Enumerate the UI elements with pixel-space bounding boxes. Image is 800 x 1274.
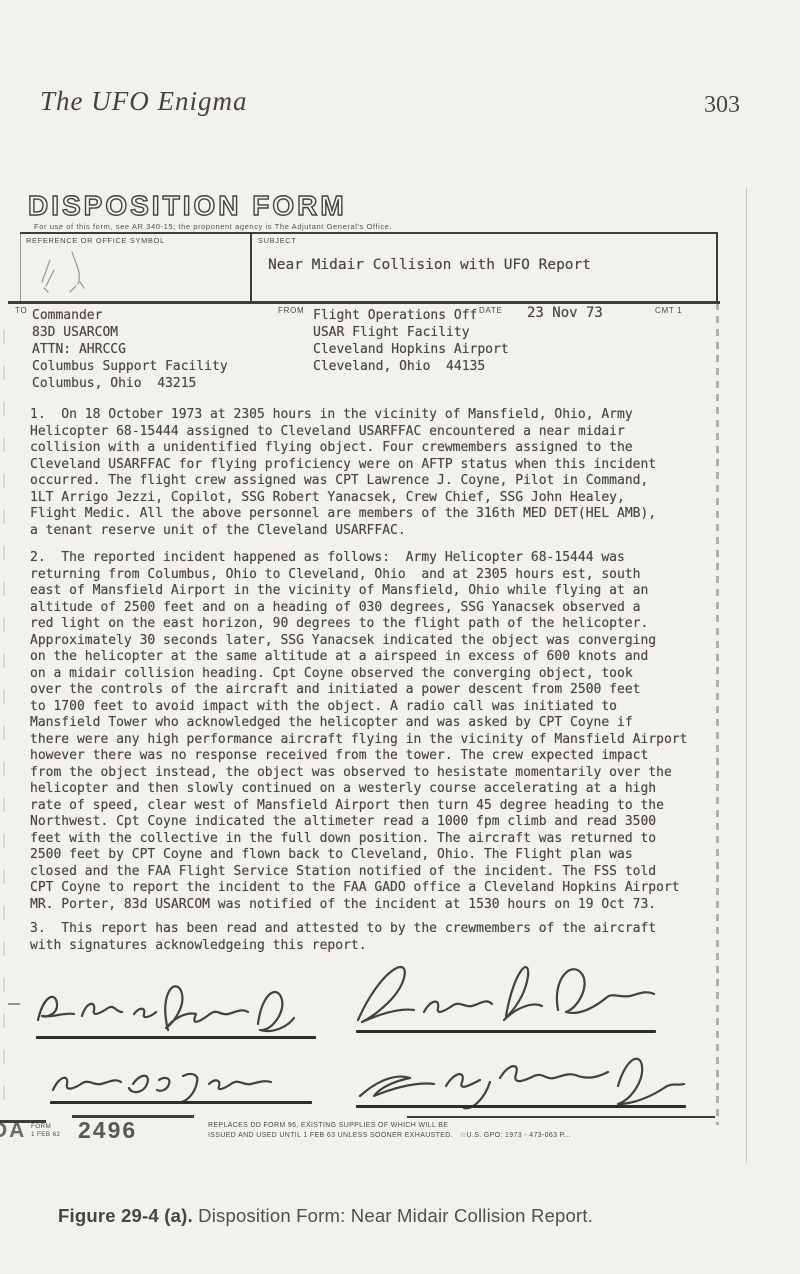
figure-caption-label: Figure 29-4 (a). — [58, 1205, 193, 1226]
scan-stray-mark — [8, 1003, 20, 1005]
header-box-left-rule — [20, 232, 21, 302]
book-page: The UFO Enigma 303 DISPOSITION FORM For … — [0, 0, 800, 1274]
from-label: FROM — [278, 306, 304, 315]
signature-jezzi — [45, 1052, 285, 1104]
signature-healey — [350, 1040, 690, 1112]
signature-line-3 — [50, 1101, 312, 1104]
header-box-bottom-rule — [8, 301, 720, 304]
form-title: DISPOSITION FORM — [28, 190, 347, 222]
header-box-top-rule — [20, 232, 718, 234]
subject-value: Near Midair Collision with UFO Report — [268, 257, 591, 273]
signature-line-1 — [36, 1036, 316, 1039]
footer-rule-right — [407, 1116, 715, 1118]
to-label: TO — [15, 306, 27, 315]
header-box-divider-rule — [250, 232, 252, 302]
signature-coyne — [340, 950, 670, 1036]
scan-left-edge-artifact — [3, 330, 5, 1110]
scan-right-edge-artifact — [716, 303, 719, 1125]
signature-line-4 — [356, 1105, 686, 1108]
date-value: 23 Nov 73 — [527, 305, 603, 321]
form-instruction: For use of this form, see AR 340-15; the… — [34, 222, 392, 231]
paragraph-2: 2. The reported incident happened as fol… — [30, 550, 687, 913]
da-form-prefix: DA — [0, 1119, 26, 1143]
header-box-right-rule — [716, 232, 718, 302]
da-form-number: 2496 — [78, 1117, 137, 1144]
footer-replaces-note: REPLACES DD FORM 96, EXISTING SUPPLIES O… — [208, 1121, 571, 1140]
reference-handwritten-mark — [34, 242, 104, 296]
cmt-label: CMT 1 — [655, 306, 682, 315]
from-address: Flight Operations Off USAR Flight Facili… — [313, 307, 509, 375]
paragraph-1: 1. On 18 October 1973 at 2305 hours in t… — [30, 407, 656, 539]
signature-yanacsek — [30, 972, 330, 1040]
to-address: Commander 83D USARCOM ATTN: AHRCCG Colum… — [32, 307, 228, 392]
da-form-edition: FORM 1 FEB 62 — [31, 1123, 60, 1138]
page-number: 303 — [704, 92, 740, 119]
figure-caption-text: Disposition Form: Near Midair Collision … — [193, 1205, 593, 1226]
signature-line-2 — [356, 1030, 656, 1033]
date-label: DATE — [479, 306, 503, 315]
book-title: The UFO Enigma — [40, 86, 247, 117]
page-fold-line — [746, 188, 747, 1163]
figure-caption: Figure 29-4 (a). Disposition Form: Near … — [58, 1205, 593, 1227]
subject-label: SUBJECT — [258, 236, 297, 245]
